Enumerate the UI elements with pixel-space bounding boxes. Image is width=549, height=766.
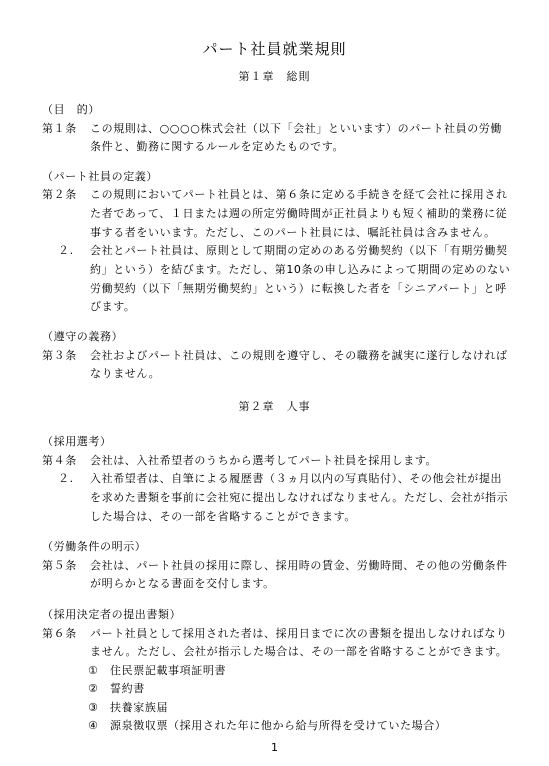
article-3-text-line: 会社およびパート社員は、この規則を遵守し、その職務を誠実に遂行しなければ bbox=[90, 347, 508, 363]
chapter-heading-2: 第２章 人事 bbox=[0, 398, 549, 414]
article-2-paragraph-2-line: 約」という）を結びます。ただし、第10条の申し込みによって期間の定めのない bbox=[90, 261, 510, 277]
article-6-text-line: パート社員として採用された者は、採用日までに次の書類を提出しなければなり bbox=[90, 625, 508, 641]
document-list-item: ② 誓約書 bbox=[88, 680, 145, 696]
document-list-item: ① 住民票記載事項証明書 bbox=[88, 662, 226, 678]
article-4-label: 第４条 bbox=[42, 452, 77, 468]
document-list-item: ③ 扶養家族届 bbox=[88, 699, 168, 715]
page-number: 1 bbox=[0, 741, 549, 754]
document-list-item: ④ 源泉徴収票（採用された年に他から給与所得を受けていた場合） bbox=[88, 717, 446, 733]
article-5-heading: （労働条件の明示） bbox=[42, 538, 146, 554]
article-4-paragraph-2-line: 入社希望者は、自筆による履歴書（３ヵ月以内の写真貼付）、その他会社が提出 bbox=[90, 470, 502, 486]
article-2-paragraph-2-label: ２. bbox=[58, 242, 74, 258]
article-2-paragraph-2-line: びます。 bbox=[90, 298, 136, 314]
article-2-paragraph-2-line: 会社とパート社員は、原則として期間の定めのある労働契約（以下「有期労働契 bbox=[90, 242, 508, 258]
article-5-text-line: が明らかとなる書面を交付します。 bbox=[90, 575, 275, 591]
article-2-label: 第２条 bbox=[42, 186, 77, 202]
article-2-text-line: 事する者をいいます。ただし、このパート社員には、嘱託社員は含みません。 bbox=[90, 224, 496, 240]
document-title: パート社員就業規則 bbox=[0, 38, 549, 59]
article-2-text-line: この規則においてパート社員とは、第６条に定める手続きを経て会社に採用され bbox=[90, 186, 508, 202]
article-4-paragraph-2-line: を求めた書類を事前に会社宛に提出しなければなりません。ただし、会社が指示 bbox=[90, 489, 508, 505]
article-1-text-line: 条件と、勤務に関するルールを定めたものです。 bbox=[90, 138, 344, 154]
article-2-heading: （パート社員の定義） bbox=[42, 168, 158, 184]
article-4-paragraph-2-line: した場合は、その一部を省略することができます。 bbox=[90, 508, 356, 524]
article-6-text-line: ません。ただし、会社が指示した場合は、その一部を省略することができます。 bbox=[90, 643, 507, 659]
article-3-heading: （遵守の義務） bbox=[42, 328, 123, 344]
article-2-paragraph-2-line: 労働契約（以下「無期労働契約」という）に転換した者を「シニアパート」と呼 bbox=[90, 280, 507, 296]
article-5-text-line: 会社は、パート社員の採用に際し、採用時の賃金、労働時間、その他の労働条件 bbox=[90, 557, 508, 573]
article-3-text-line: なりません。 bbox=[90, 365, 160, 381]
article-6-label: 第６条 bbox=[42, 625, 77, 641]
article-1-heading: （目 的） bbox=[42, 101, 100, 117]
article-6-heading: （採用決定者の提出書類） bbox=[42, 606, 181, 622]
article-5-label: 第５条 bbox=[42, 557, 77, 573]
article-2-text-line: た者であって、１日または週の所定労働時間が正社員よりも短く補助的業務に従 bbox=[90, 205, 507, 221]
chapter-heading-1: 第１章 総則 bbox=[0, 68, 549, 84]
article-4-text-line: 会社は、入社希望者のうちから選考してパート社員を採用します。 bbox=[90, 452, 437, 468]
article-1-text-line: この規則は、○○○○株式会社（以下「会社」といいます）のパート社員の労働 bbox=[90, 120, 502, 136]
article-4-heading: （採用選考） bbox=[42, 433, 112, 449]
article-1-label: 第１条 bbox=[42, 120, 77, 136]
article-4-paragraph-2-label: ２. bbox=[58, 470, 74, 486]
article-3-label: 第３条 bbox=[42, 347, 77, 363]
